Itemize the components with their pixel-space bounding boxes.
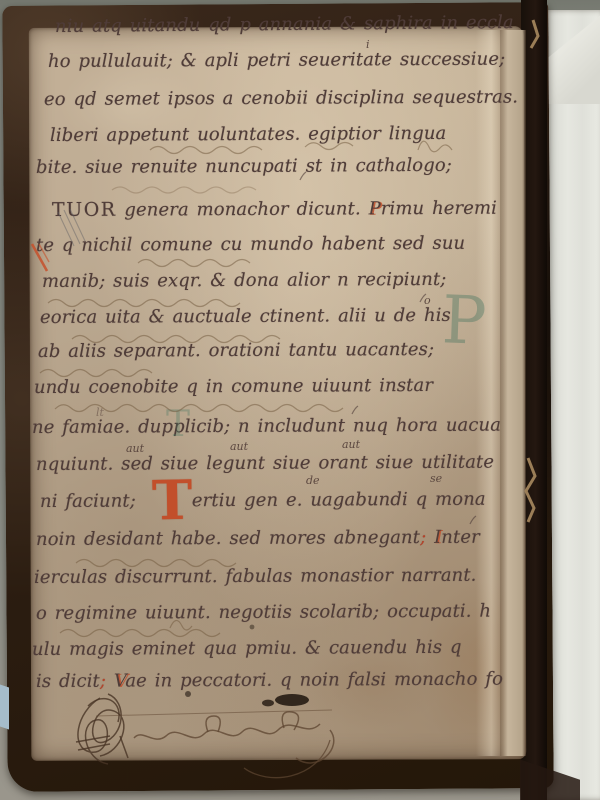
- text-line-4: liberi appetunt uoluntates. egiptior lin…: [50, 123, 446, 146]
- parchment-turn-in: [500, 30, 526, 756]
- superscript-aut-2: aut: [230, 440, 248, 453]
- superscript-se: se: [430, 472, 442, 485]
- text-line-6: TUOR genera monachor dicunt. Primu herem…: [52, 197, 497, 221]
- text-line-2: ho pullulauit; & apli petri seueritate s…: [48, 49, 505, 72]
- text-line-5: bite. siue renuite nuncupati st in catha…: [36, 155, 452, 178]
- blue-edge-sliver: [0, 685, 9, 730]
- superscript-o: o: [424, 294, 431, 307]
- text-line-8: manib; suis exqr. & dona alior n recipiu…: [42, 269, 447, 292]
- superscript-i: i: [366, 38, 370, 51]
- text-line-3: eo qd semet ipsos a cenobii disciplina s…: [44, 87, 518, 110]
- superscript-lt: lt: [96, 406, 104, 419]
- text-line-15: noin desidant habe. sed mores abnegant; …: [36, 527, 480, 550]
- green-offset-letter-t: T: [166, 404, 190, 445]
- text-line-7: te q nichil comune cu mundo habent sed s…: [36, 233, 465, 256]
- text-line-18: ulu magis eminet qua pmiu. & cauendu his…: [32, 637, 462, 660]
- text-line-16: ierculas discurrunt. fabulas monastior n…: [34, 565, 477, 588]
- rubricated-initial-T: T: [151, 468, 192, 533]
- superscript-de: de: [306, 474, 320, 487]
- text-line-14: ni faciunt;ertiu gen e. uagabundi q mona: [40, 489, 486, 512]
- manuscript-photo: niu atq uitandu qd p annania & saphira i…: [0, 0, 600, 800]
- superscript-aut-1: aut: [126, 442, 144, 455]
- text-line-19: is dicit; Vae in peccatori. q noin falsi…: [36, 669, 503, 692]
- text-line-10: ab aliis separant. orationi tantu uacant…: [38, 339, 434, 362]
- text-line-1: niu atq uitandu qd p annania & saphira i…: [55, 12, 514, 37]
- text-line-11: undu coenobite q in comune uiuunt instar: [34, 375, 433, 398]
- green-offset-letter-p: P: [441, 281, 488, 360]
- superscript-aut-3: aut: [342, 438, 360, 451]
- text-line-13: nquiunt. sed siue legunt siue orant siue…: [36, 452, 494, 475]
- text-line-9: eorica uita & auctuale ctinent. alii u d…: [40, 305, 451, 328]
- text-line-17: o regimine uiuunt. negotiis scolarib; oc…: [36, 601, 491, 624]
